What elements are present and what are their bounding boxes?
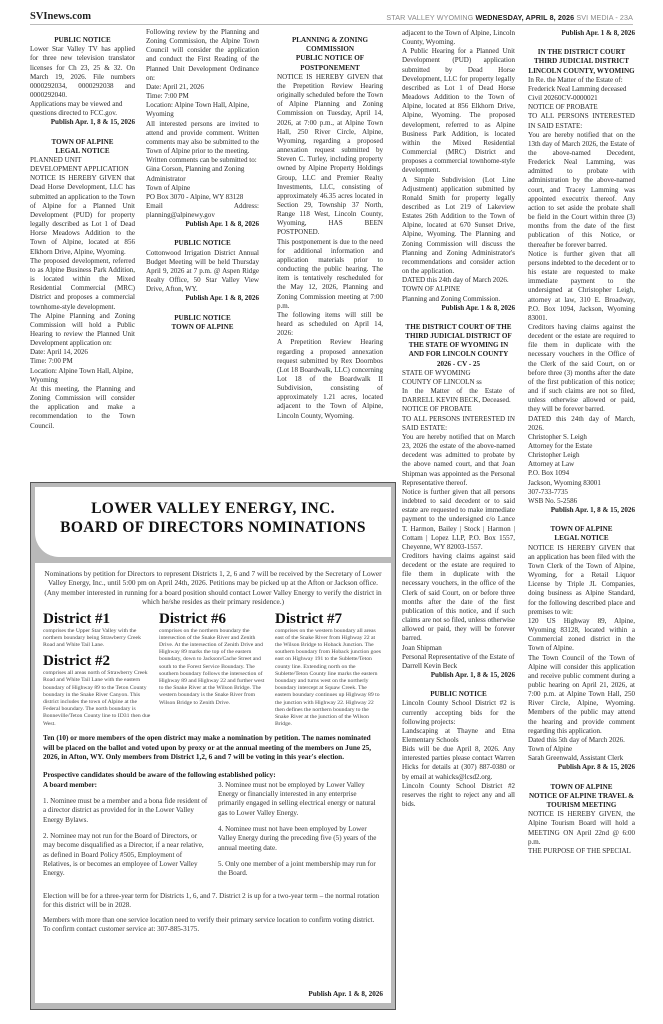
district-column-left: District #1 comprises the Upper Star Val… — [43, 612, 151, 729]
signature: Joan Shipman — [402, 644, 515, 653]
notice-probate-beck: THE DISTRICT COURT OF THE THIRD JUDICIAL… — [402, 323, 515, 680]
notice-body: Written comments can be submitted to: — [146, 156, 259, 165]
publish-dates: Publish Apr. 1 & 8, 2026 — [146, 220, 259, 229]
notice-title: PUBLIC NOTICE — [146, 314, 259, 323]
ad-body: Nominations by petition for Directors to… — [35, 563, 391, 1003]
notice-tv-translator: PUBLIC NOTICE Lower Star Valley TV has a… — [30, 36, 135, 128]
notice-body: You are hereby notified that on March 23… — [402, 433, 515, 488]
notice-subtitle: NOTICE OF ALPINE TRAVEL & TOURISM MEETIN… — [528, 792, 635, 810]
signature: Jackson, Wyoming 83001 — [528, 479, 635, 488]
notice-town-of-alpine: PUBLIC NOTICE TOWN OF ALPINE — [146, 314, 259, 332]
notice-title: PLANNING & ZONING COMMISSION — [277, 36, 383, 54]
district-2-desc: comprises all areas north of Strawberry … — [43, 670, 151, 728]
notice-title: TOWN OF ALPINE — [30, 138, 135, 147]
notice-body: NOTICE IS HEREBY GIVEN that an applicati… — [528, 544, 635, 617]
hearing-time: Time: 7:00 PM — [30, 357, 135, 366]
notice-body: A Prepetition Review Hearing regarding a… — [277, 338, 383, 420]
section-name: STAR VALLEY WYOMING — [386, 13, 473, 22]
publish-dates: Publish Apr. 1 & 8, 2026 — [402, 304, 515, 313]
policy-column-right: 3. Nominee must not be employed by Lower… — [218, 781, 383, 886]
notice-title: TOWN OF ALPINE — [528, 525, 635, 534]
notice-body: All interested persons are invited to at… — [146, 120, 259, 157]
notice-line: TO ALL PERSONS INTERESTED IN SAID ESTATE… — [528, 112, 635, 130]
notice-title: PUBLIC NOTICE — [402, 690, 515, 699]
publish-dates: Publish Apr. 1, 8 & 15, 2026 — [402, 671, 515, 680]
issue-date: WEDNESDAY, APRIL 8, 2026 — [475, 13, 574, 22]
notice-body: NOTICE IS HEREBY GIVEN, the Alpine Touri… — [528, 810, 635, 847]
notice-body: The Alpine Planning and Zoning Commissio… — [30, 312, 135, 349]
page-number: SVI MEDIA - 23A — [576, 13, 633, 22]
notice-line: COUNTY OF LINCOLN ss — [402, 378, 515, 387]
notice-probate-lamming: IN THE DISTRICT COURT THIRD JUDICIAL DIS… — [528, 48, 635, 515]
signature: P.O. Box 1094 — [528, 469, 635, 478]
district-1-name: District #1 — [43, 612, 151, 627]
notice-line: NOTICE OF PROBATE — [402, 405, 515, 414]
ad-subtitle: BOARD OF DIRECTORS NOMINATIONS — [35, 518, 391, 537]
dated-line: DATED this 24th day of March, 2026. — [528, 415, 635, 433]
column-4: A Public Hearing for a Planned Unit Deve… — [402, 29, 515, 809]
notice-heading: PLANNED UNIT DEVELOPMENT APPLICATION — [30, 156, 135, 174]
district-column-right: District #7 comprises on the western bou… — [275, 612, 383, 729]
column-5: Publish Apr. 1 & 8, 2026 IN THE DISTRICT… — [528, 29, 635, 856]
signature: Planning and Zoning Commission. — [402, 295, 515, 304]
notice-body: Cottonwood Irrigation District Annual Bu… — [146, 249, 259, 295]
court-title: THE DISTRICT COURT OF THE THIRD JUDICIAL… — [402, 323, 515, 360]
notice-subtitle: LEGAL NOTICE — [528, 534, 635, 543]
notice-liquor-license: TOWN OF ALPINE LEGAL NOTICE NOTICE IS HE… — [528, 525, 635, 772]
notice-body: A Public Hearing for a Planned Unit Deve… — [402, 47, 515, 175]
notice-body: Lincoln County School District #2 reserv… — [402, 782, 515, 809]
notice-body: 120 US Highway 89, Alpine, Wyoming 83128… — [528, 617, 635, 654]
publish-dates: Publish Apr. 1 & 8, 2026 — [146, 294, 259, 303]
notice-body: The Town Council of the Town of Alpine w… — [528, 654, 635, 736]
contact-address: PO Box 3070 - Alpine, WY 83128 — [146, 193, 259, 202]
notice-body: Creditors having claims against said dec… — [402, 552, 515, 644]
notice-body: Lower Star Valley TV has applied for thr… — [30, 45, 135, 100]
notice-body: THE PURPOSE OF THE SPECIAL — [528, 847, 635, 856]
notice-body: This postponement is due to the need for… — [277, 238, 383, 311]
notice-body: adjacent to the Town of Alpine, Lincoln … — [402, 29, 515, 47]
site-name[interactable]: SVInews.com — [30, 11, 91, 22]
notice-tourism-meeting: TOWN OF ALPINE NOTICE OF ALPINE TRAVEL &… — [528, 783, 635, 856]
notice-line: In Re. the Matter of the Estate of: — [528, 76, 635, 85]
notice-line: NOTICE OF PROBATE — [528, 103, 635, 112]
notice-body: Creditors having claims against the dece… — [528, 323, 635, 415]
publish-dates: Publish Apr. 1, 8 & 15, 2026 — [30, 118, 135, 127]
notice-pud-application: TOWN OF ALPINE LEGAL NOTICE PLANNED UNIT… — [30, 138, 135, 431]
notice-line: In the Matter of the Estate of DARRELL K… — [402, 387, 515, 405]
election-terms: Election will be for a three-year term f… — [43, 892, 383, 911]
policy-rules: A board member: 1. Nominee must be a mem… — [43, 781, 383, 886]
notice-line: TO ALL PERSONS INTERESTED IN SAID ESTATE… — [402, 415, 515, 433]
notice-subtitle: LEGAL NOTICE — [30, 147, 135, 156]
council-location: Location: Alpine Town Hall, Alpine, Wyom… — [146, 101, 259, 119]
district-6-desc: comprises on the northern boundary the i… — [159, 628, 267, 707]
signature: Attorney for the Estate — [528, 442, 635, 451]
signature: Christopher S. Leigh — [528, 433, 635, 442]
notice-body: Applications may be viewed and questions… — [30, 100, 135, 118]
column-2: Following review by the Planning and Zon… — [146, 28, 259, 332]
signature: Darrell Kevin Beck — [402, 662, 515, 671]
rule-2: 2. Nominee may not run for the Board of … — [43, 832, 208, 878]
notice-title: TOWN OF ALPINE — [528, 783, 635, 792]
dated-line: DATED this 24th day of March 2026. — [402, 276, 515, 285]
members-note: Members with more than one service locat… — [43, 916, 383, 935]
ad-header: LOWER VALLEY ENERGY, INC. BOARD OF DIREC… — [35, 487, 391, 557]
notice-body: Lincoln County School District #2 is cur… — [402, 699, 515, 726]
signature: Attorney at Law — [528, 460, 635, 469]
signature: Sarah Greenwald, Assistant Clerk — [528, 754, 635, 763]
signature: Personal Representative of the Estate of — [402, 653, 515, 662]
rule-3: 3. Nominee must not be employed by Lower… — [218, 781, 383, 818]
court-title: IN THE DISTRICT COURT THIRD JUDICIAL DIS… — [528, 48, 635, 76]
notice-body: Notice is further given that all persons… — [402, 488, 515, 552]
column-3: PLANNING & ZONING COMMISSION PUBLIC NOTI… — [277, 36, 383, 421]
rule-1: 1. Nominee must be a member and a bona f… — [43, 797, 208, 825]
notice-body: The proposed development, referred to as… — [30, 257, 135, 312]
notice-body: NOTICE IS HEREBY GIVEN that Dead Horse D… — [30, 174, 135, 256]
notice-title: PUBLIC NOTICE — [30, 36, 135, 45]
notice-body: Following review by the Planning and Zon… — [146, 28, 259, 83]
board-member-label: A board member: — [43, 781, 208, 790]
council-time: Time: 7:00 PM — [146, 92, 259, 101]
notice-body: The following items will still be heard … — [277, 311, 383, 338]
notice-body: Notice is further given that all persons… — [528, 250, 635, 323]
ad-title: LOWER VALLEY ENERGY, INC. — [35, 499, 391, 518]
hearing-location: Location: Alpine Town Hall, Alpine, Wyom… — [30, 367, 135, 385]
notice-school-bids: PUBLIC NOTICE Lincoln County School Dist… — [402, 690, 515, 809]
column-1: PUBLIC NOTICE Lower Star Valley TV has a… — [30, 36, 135, 431]
contact-email[interactable]: Email Address: planning@alpinewy.gov — [146, 202, 259, 220]
rule-4: 4. Nominee must not have been employed b… — [218, 825, 383, 853]
rule-5: 5. Only one member of a joint membership… — [218, 860, 383, 879]
signature: Town of Alpine — [528, 745, 635, 754]
notice-subtitle: TOWN OF ALPINE — [146, 323, 259, 332]
signature: Christopher Leigh — [528, 451, 635, 460]
district-6-name: District #6 — [159, 612, 267, 627]
district-7-name: District #7 — [275, 612, 383, 627]
council-date: Date: April 21, 2026 — [146, 83, 259, 92]
notice-body: Bids will be due April 8, 2026. Any inte… — [402, 745, 515, 782]
notice-body: NOTICE IS HEREBY GIVEN that the Prepetit… — [277, 73, 383, 238]
notice-line: STATE OF WYOMING — [402, 369, 515, 378]
notice-postponement: PLANNING & ZONING COMMISSION PUBLIC NOTI… — [277, 36, 383, 421]
notice-subtitle: PUBLIC NOTICE OF POSTPONEMENT — [277, 54, 383, 72]
notice-irrigation-district: PUBLIC NOTICE Cottonwood Irrigation Dist… — [146, 239, 259, 303]
masthead: SVInews.com STAR VALLEY WYOMING WEDNESDA… — [30, 9, 633, 25]
dated-line: Dated this 5th day of March 2026. — [528, 736, 635, 745]
policy-heading: Prospective candidates should be aware o… — [43, 770, 383, 779]
notice-line: Frederick Neal Lamming deceased — [528, 85, 635, 94]
signature: 307-733-7735 — [528, 488, 635, 497]
publish-dates: Publish Apr. 1, 8 & 15, 2026 — [528, 506, 635, 515]
signature: TOWN OF ALPINE — [402, 285, 515, 294]
district-2-name: District #2 — [43, 654, 151, 669]
notice-line: Civil 20260CV-0000021 — [528, 94, 635, 103]
publish-dates: Publish Apr. 8 & 15, 2026 — [528, 763, 635, 772]
district-column-mid: District #6 comprises on the northern bo… — [159, 612, 267, 729]
case-number: 2026 - CV - 25 — [402, 360, 515, 369]
masthead-dateline: STAR VALLEY WYOMING WEDNESDAY, APRIL 8, … — [386, 13, 633, 22]
notice-body: You are hereby notified that on the 13th… — [528, 131, 635, 250]
district-7-desc: comprises on the western boundary all ar… — [275, 628, 383, 729]
ad-intro: Nominations by petition for Directors to… — [43, 569, 383, 607]
notice-body: At this meeting, the Planning and Zoning… — [30, 385, 135, 431]
notice-body: A Simple Subdivision (Lot Line Adjustmen… — [402, 176, 515, 277]
signature: WSB No. 5-2586 — [528, 497, 635, 506]
contact-org: Town of Alpine — [146, 184, 259, 193]
notice-body: Landscaping at Thayne and Etna Elementar… — [402, 727, 515, 745]
petition-paragraph: Ten (10) or more members of the open dis… — [43, 733, 383, 761]
district-list: District #1 comprises the Upper Star Val… — [43, 612, 383, 729]
publish-dates: Publish Apr. 1 & 8, 2026 — [308, 990, 383, 999]
hearing-date: Date: April 14, 2026 — [30, 348, 135, 357]
publish-dates: Publish Apr. 1 & 8, 2026 — [528, 29, 635, 38]
notice-title: PUBLIC NOTICE — [146, 239, 259, 248]
lve-nominations-ad: LOWER VALLEY ENERGY, INC. BOARD OF DIREC… — [30, 482, 396, 1010]
contact-name: Gina Corson, Planning and Zoning Adminis… — [146, 165, 259, 183]
district-1-desc: comprises the Upper Star Valley with the… — [43, 628, 151, 650]
policy-column-left: A board member: 1. Nominee must be a mem… — [43, 781, 208, 886]
